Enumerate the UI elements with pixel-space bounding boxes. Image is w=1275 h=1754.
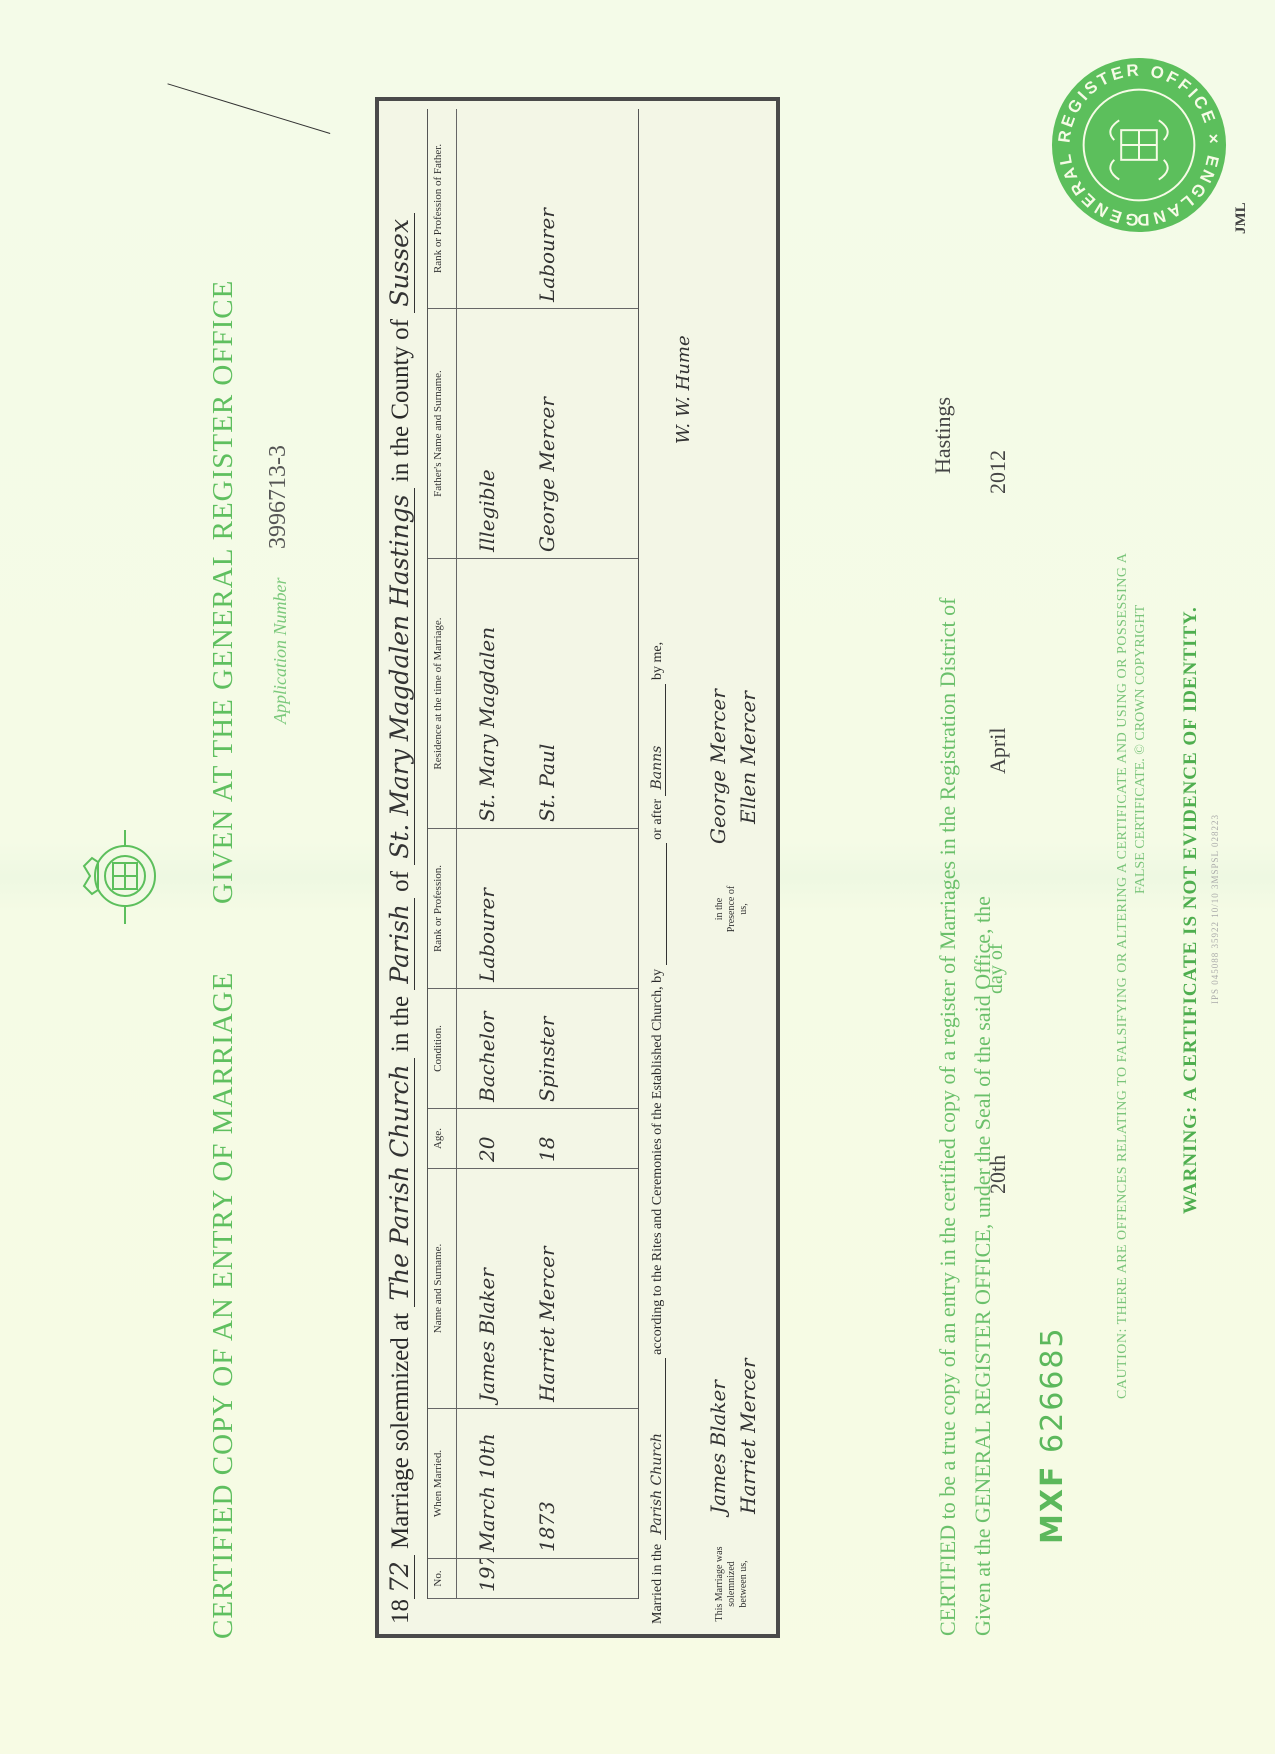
column-name: Name and Surname. James Blaker Harriet M… xyxy=(428,1169,638,1409)
heading-text: in the xyxy=(387,996,414,1052)
column-header: Age. xyxy=(428,1109,457,1168)
party-signature: Harriet Mercer xyxy=(736,1358,760,1514)
register-heading: 1872 Marriage solemnized at The Parish C… xyxy=(385,213,415,1624)
column-rank: Rank or Profession. Labourer xyxy=(428,829,638,989)
solemnized-label: This Marriage was solemnized between us, xyxy=(714,1544,750,1624)
serial-digits: 626685 xyxy=(1035,1326,1070,1453)
register-table: No. 197 When Married. March 10th 1873 Na… xyxy=(427,109,639,1599)
minister-signature: W. W. Hume xyxy=(673,335,694,444)
label: Married in the xyxy=(650,1544,665,1624)
table-cell: March 10th xyxy=(457,1409,517,1558)
column-header: No. xyxy=(428,1559,457,1598)
year-prefix: 18 xyxy=(387,1599,414,1624)
caution-line-1: CAUTION: THERE ARE OFFENCES RELATING TO … xyxy=(1115,553,1131,1399)
heading-text: in the County of xyxy=(387,319,414,482)
identity-warning: WARNING: A CERTIFICATE IS NOT EVIDENCE O… xyxy=(1180,606,1202,1214)
table-cell: 18 xyxy=(517,1109,577,1168)
certificate-title: CERTIFIED COPY OF AN ENTRY OF MARRIAGE xyxy=(207,972,240,1639)
married-in-value: Parish Church xyxy=(649,1358,666,1540)
column-header: Rank or Profession. xyxy=(428,829,457,988)
column-header: Condition. xyxy=(428,989,457,1108)
column-father-name: Father's Name and Surname. Illegible Geo… xyxy=(428,309,638,559)
heading-text: of xyxy=(387,871,414,892)
table-cell: St. Paul xyxy=(517,559,577,828)
parish-name: St. Mary Magdalen Hastings xyxy=(385,488,415,864)
witness-signature: George Mercer xyxy=(706,689,730,844)
column-age: Age. 20 18 xyxy=(428,1109,638,1169)
general-register-office-seal-icon: GENERAL REGISTER OFFICE × ENGLAND × xyxy=(1050,56,1228,234)
application-number: 3996713-3 xyxy=(265,445,292,549)
married-in-line: Married in the Parish Church according t… xyxy=(649,642,667,1624)
issue-day: 20th xyxy=(985,1155,1011,1194)
registration-district: Hastings xyxy=(930,397,956,474)
table-cell xyxy=(517,1559,577,1598)
heading-text: Marriage solemnized at xyxy=(387,1313,414,1549)
label: by me, xyxy=(650,642,665,680)
certification-line-1: CERTIFIED to be a true copy of an entry … xyxy=(935,598,961,1636)
issuer-initials: JML xyxy=(1233,202,1250,234)
caution-line-2: FALSE CERTIFICATE. © CROWN COPYRIGHT xyxy=(1133,605,1149,894)
label: or after xyxy=(650,799,665,840)
table-cell: George Mercer xyxy=(517,309,577,558)
issuer-title: GIVEN AT THE GENERAL REGISTER OFFICE xyxy=(207,280,240,904)
table-cell xyxy=(457,109,517,308)
certification-line-2: Given at the GENERAL REGISTER OFFICE, un… xyxy=(970,896,996,1636)
or-after-value: Banns xyxy=(649,684,666,796)
table-cell: 20 xyxy=(457,1109,517,1168)
certificate-page: CERTIFIED COPY OF AN ENTRY OF MARRIAGE G… xyxy=(0,0,1275,1754)
royal-crest-icon xyxy=(80,824,170,934)
presence-label: in the Presence of us, xyxy=(714,884,750,934)
signatures-row: This Marriage was solemnized between us,… xyxy=(704,114,774,1624)
print-code: IPS 045088 35922 10/10 3MSPSL 028223 xyxy=(1210,814,1220,1004)
year-suffix: 72 xyxy=(385,1555,415,1599)
serial-number: MXF 626685 xyxy=(1035,1326,1070,1544)
witness-signature: Ellen Mercer xyxy=(736,691,760,824)
column-header: Name and Surname. xyxy=(428,1169,457,1408)
label: according to the Rites and Ceremonies of… xyxy=(650,969,665,1355)
table-cell: Labourer xyxy=(457,829,517,988)
table-cell: Labourer xyxy=(517,109,577,308)
column-no: No. 197 xyxy=(428,1559,638,1599)
column-header: Rank or Profession of Father. xyxy=(428,109,457,308)
issue-month: April xyxy=(985,728,1011,774)
register-entry: 1872 Marriage solemnized at The Parish C… xyxy=(375,97,780,1638)
column-header: Father's Name and Surname. xyxy=(428,309,457,558)
column-condition: Condition. Bachelor Spinster xyxy=(428,989,638,1109)
issue-year: 2012 xyxy=(985,450,1011,494)
column-when-married: When Married. March 10th 1873 xyxy=(428,1409,638,1559)
table-cell: 197 xyxy=(457,1559,517,1598)
decorative-line xyxy=(167,83,330,134)
county-name: Sussex xyxy=(385,213,415,313)
table-cell: 1873 xyxy=(517,1409,577,1558)
application-number-label: Application Number xyxy=(270,578,291,725)
column-residence: Residence at the time of Marriage. St. M… xyxy=(428,559,638,829)
parish-type: Parish xyxy=(385,898,415,989)
table-cell: Spinster xyxy=(517,989,577,1108)
serial-prefix: MXF xyxy=(1035,1465,1070,1544)
table-cell: Harriet Mercer xyxy=(517,1169,577,1408)
column-header: Residence at the time of Marriage. xyxy=(428,559,457,828)
table-cell: Bachelor xyxy=(457,989,517,1108)
party-signature: James Blaker xyxy=(706,1380,730,1514)
table-cell: St. Mary Magdalen xyxy=(457,559,517,828)
day-of-label: day of xyxy=(985,943,1008,994)
church-name: The Parish Church xyxy=(385,1058,415,1306)
column-header: When Married. xyxy=(428,1409,457,1558)
table-cell: James Blaker xyxy=(457,1169,517,1408)
table-cell xyxy=(517,829,577,988)
table-cell: Illegible xyxy=(457,309,517,558)
column-father-rank: Rank or Profession of Father. Labourer xyxy=(428,109,638,309)
